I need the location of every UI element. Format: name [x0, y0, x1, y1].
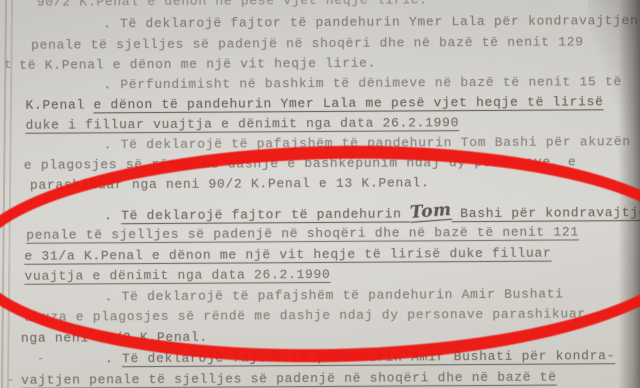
- text-segment: .: [105, 351, 122, 366]
- text-segment: të K.Penal e dënon me një vit heqje liri…: [19, 56, 376, 73]
- document-line: duke i filluar vuajtja e dënimit nga dat…: [26, 115, 460, 134]
- margin-mark: t: [4, 58, 11, 72]
- document-line: . Të deklarojë fajtor të pandehurin Ymer…: [103, 13, 639, 32]
- text-segment: penale të sjelljes së padenjë në shoqëri…: [31, 34, 584, 52]
- document-line: . Përfundimisht në bashkim të dënimeve n…: [103, 74, 622, 93]
- document-photo: 90/2 K.Penal e dënon në pesë vjet heqje …: [0, 0, 640, 388]
- text-segment: 90/2 K.Penal e dënon në pesë vjet heqje …: [37, 0, 428, 10]
- photo-corner-shadow: [588, 0, 640, 200]
- margin-mark: -: [7, 373, 14, 387]
- text-segment: . Të deklarojë fajtor të pandehurin Ymer…: [103, 13, 639, 31]
- document-line: të K.Penal e dënon me një vit heqje liri…: [19, 56, 376, 74]
- document-line: K.Penal e dënon të pandehurin Ymer Lala …: [25, 94, 603, 114]
- margin-mark: -: [37, 352, 44, 366]
- text-segment: vajtjen penale të sjelljes së padenjë në…: [21, 370, 557, 388]
- text-segment: duke i filluar vuajtja e dënimit nga dat…: [26, 115, 460, 133]
- document-line: penale të sjelljes së padenjë në shoqëri…: [31, 34, 584, 53]
- text-segment: . Përfundimisht në bashkim të dënimeve n…: [103, 74, 622, 92]
- text-segment: e dënon të pandehurin Ymer Lala me pesë …: [93, 94, 603, 112]
- document-line: 90/2 K.Penal e dënon në pesë vjet heqje …: [37, 0, 428, 11]
- text-segment: K.Penal: [25, 97, 93, 112]
- document-line: vajtjen penale të sjelljes së padenjë në…: [21, 370, 557, 388]
